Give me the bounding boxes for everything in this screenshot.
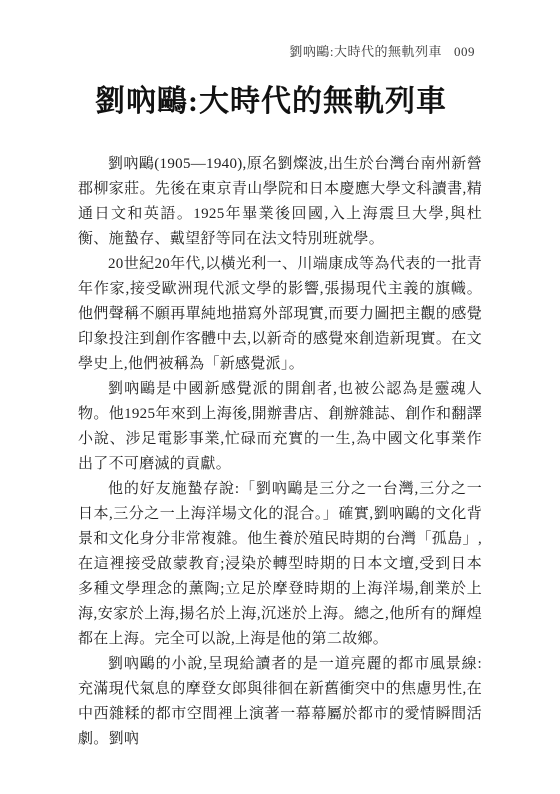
paragraph: 劉吶鷗是中國新感覺派的開創者,也被公認為是靈魂人物。他1925年來到上海後,開辦… bbox=[78, 377, 482, 477]
page-number: 009 bbox=[454, 44, 475, 59]
running-head-title: 劉吶鷗:大時代的無軌列車 bbox=[289, 44, 442, 59]
paragraph: 他的好友施蟄存說:「劉吶鷗是三分之一台灣,三分之一日本,三分之一上海洋場文化的混… bbox=[78, 477, 482, 652]
book-page: 劉吶鷗:大時代的無軌列車009 劉吶鷗:大時代的無軌列車 劉吶鷗(1905—19… bbox=[0, 0, 560, 794]
paragraph: 劉吶鷗的小說,呈現給讀者的是一道亮麗的都市風景線:充滿現代氣息的摩登女郎與徘徊在… bbox=[78, 652, 482, 752]
paragraph: 20世紀20年代,以橫光利一、川端康成等為代表的一批青年作家,接受歐洲現代派文學… bbox=[78, 252, 482, 377]
running-head: 劉吶鷗:大時代的無軌列車009 bbox=[78, 41, 475, 60]
body-text: 劉吶鷗(1905—1940),原名劉燦波,出生於台灣台南州新營郡柳家莊。先後在東… bbox=[78, 152, 482, 752]
paragraph: 劉吶鷗(1905—1940),原名劉燦波,出生於台灣台南州新營郡柳家莊。先後在東… bbox=[78, 152, 482, 252]
chapter-title: 劉吶鷗:大時代的無軌列車 bbox=[95, 76, 500, 120]
